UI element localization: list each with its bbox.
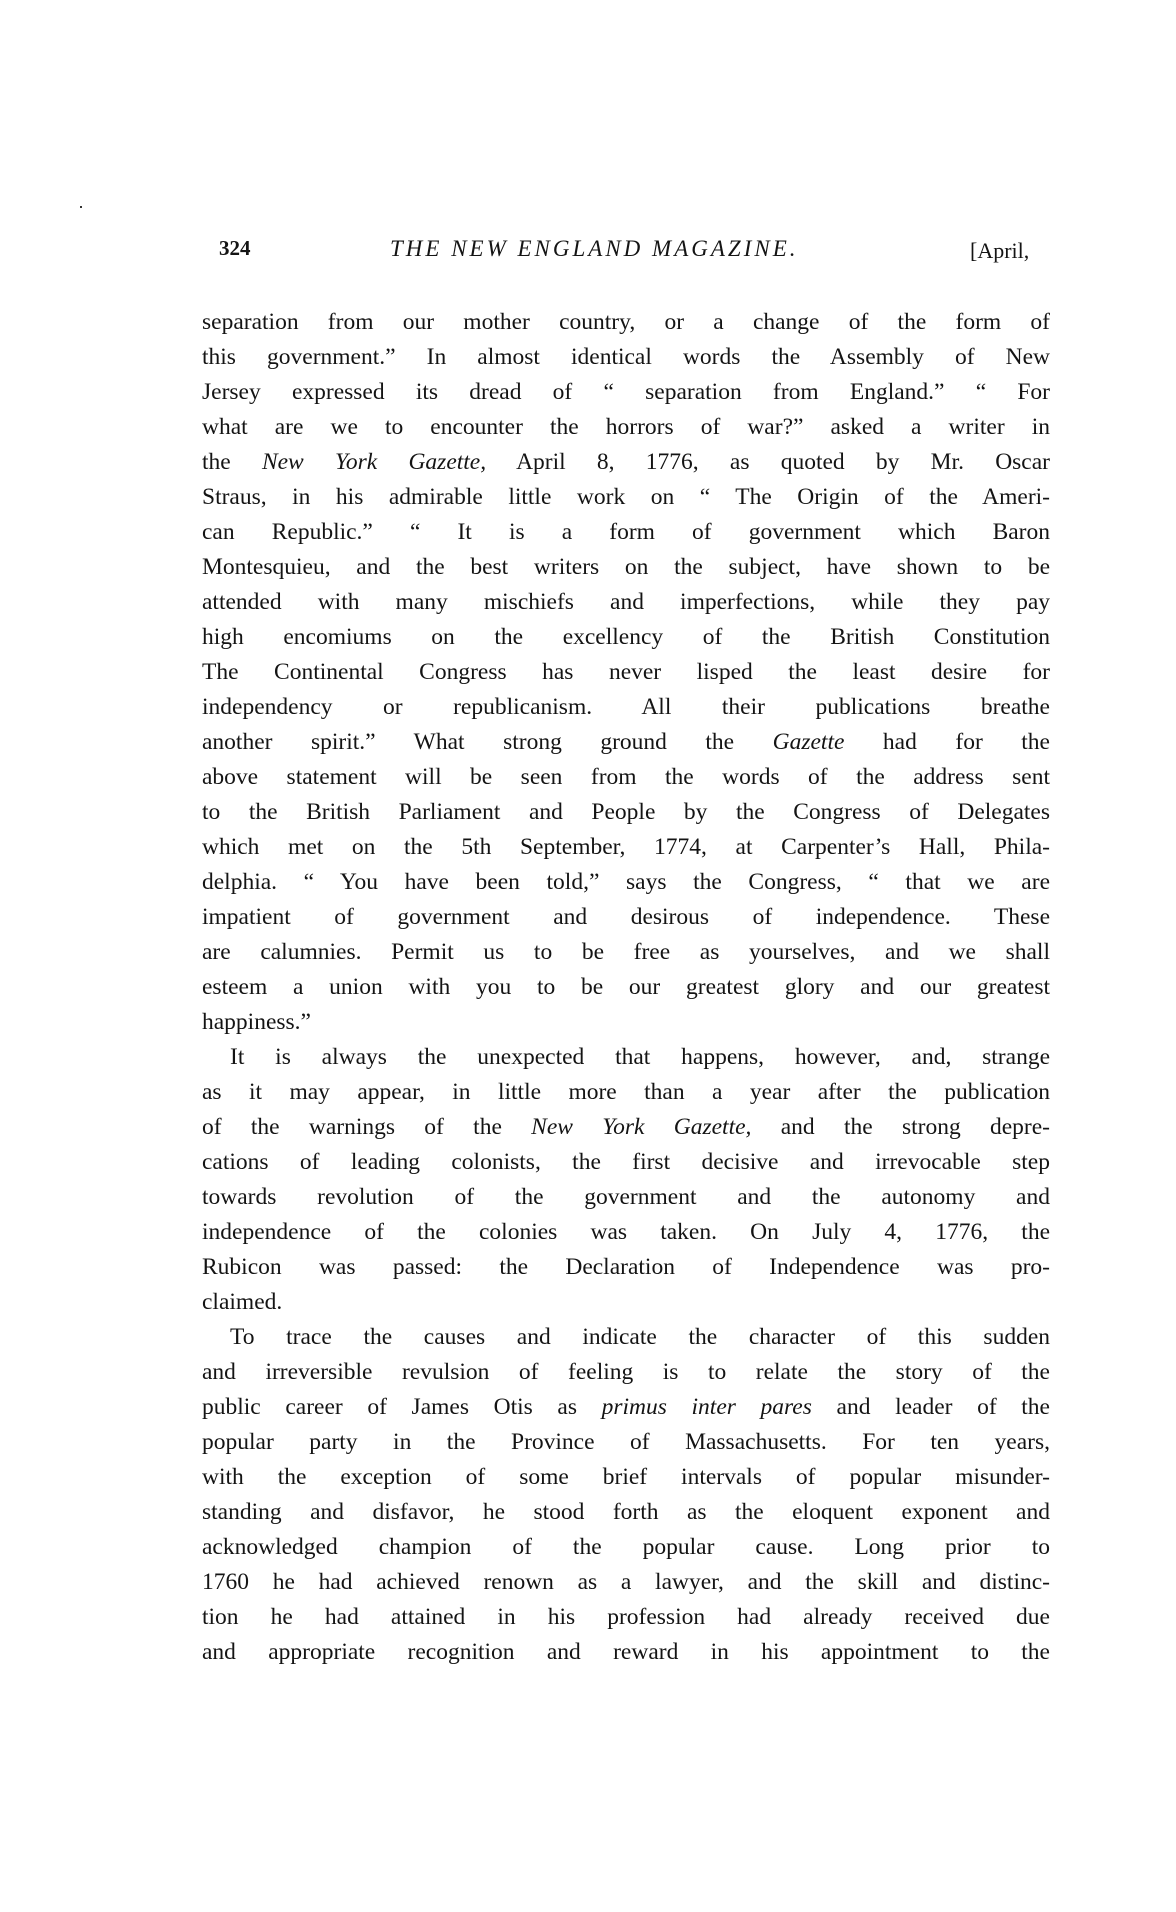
line-text: with the exception of some brief interva…	[202, 1464, 1050, 1490]
line-text: claimed.	[202, 1289, 282, 1315]
line-text: of the warnings of the	[202, 1114, 531, 1140]
text-line: as it may appear, in little more than a …	[202, 1075, 1050, 1110]
text-line: The Continental Congress has never lispe…	[202, 655, 1050, 690]
line-content: public career of James Otis as primus in…	[202, 1390, 1050, 1425]
text-line: acknowledged champion of the popular cau…	[202, 1530, 1050, 1565]
line-text: tion he had attained in his profession h…	[202, 1604, 1050, 1630]
line-content: above statement will be seen from the wo…	[202, 760, 1050, 795]
line-content: 1760 he had achieved renown as a lawyer,…	[202, 1565, 1050, 1600]
line-text: standing and disfavor, he stood forth as…	[202, 1499, 1050, 1525]
line-text: what are we to encounter the horrors of …	[202, 414, 1050, 440]
text-line: Straus, in his admirable little work on …	[202, 480, 1050, 515]
line-content: this government.” In almost identical wo…	[202, 340, 1050, 375]
line-content: Rubicon was passed: the Declaration of I…	[202, 1250, 1050, 1285]
text-line: Montesquieu, and the best writers on the…	[202, 550, 1050, 585]
text-line: cations of leading colonists, the first …	[202, 1145, 1050, 1180]
text-line: high encomiums on the excellency of the …	[202, 620, 1050, 655]
line-content: attended with many mischiefs and imperfe…	[202, 585, 1050, 620]
line-text: another spirit.” What strong ground the	[202, 729, 773, 755]
italic-title: primus inter pares	[602, 1394, 812, 1420]
line-content: towards revolution of the government and…	[202, 1180, 1050, 1215]
line-text: impatient of government and desirous of …	[202, 904, 1050, 930]
text-line: above statement will be seen from the wo…	[202, 760, 1050, 795]
text-line: claimed.	[202, 1285, 1050, 1320]
line-content: Straus, in his admirable little work on …	[202, 480, 1050, 515]
line-text: It is always the unexpected that happens…	[230, 1044, 1050, 1070]
line-text: Straus, in his admirable little work on …	[202, 484, 1050, 510]
text-line: independency or republicanism. All their…	[202, 690, 1050, 725]
line-text: high encomiums on the excellency of the …	[202, 624, 1050, 650]
line-text: above statement will be seen from the wo…	[202, 764, 1050, 790]
line-content: high encomiums on the excellency of the …	[202, 620, 1050, 655]
line-text: to the British Parliament and People by …	[202, 799, 1050, 825]
line-content: impatient of government and desirous of …	[202, 900, 1050, 935]
text-line: with the exception of some brief interva…	[202, 1460, 1050, 1495]
text-line: this government.” In almost identical wo…	[202, 340, 1050, 375]
text-line: the New York Gazette, April 8, 1776, as …	[202, 445, 1050, 480]
line-content: cations of leading colonists, the first …	[202, 1145, 1050, 1180]
text-line: which met on the 5th September, 1774, at…	[202, 830, 1050, 865]
line-content: what are we to encounter the horrors of …	[202, 410, 1050, 445]
line-content: another spirit.” What strong ground the …	[202, 725, 1050, 760]
line-text: The Continental Congress has never lispe…	[202, 659, 1050, 685]
text-line: of the warnings of the New York Gazette,…	[202, 1110, 1050, 1145]
line-content: esteem a union with you to be our greate…	[202, 970, 1050, 1005]
text-line: popular party in the Province of Massach…	[202, 1425, 1050, 1460]
line-text: acknowledged champion of the popular cau…	[202, 1534, 1050, 1560]
text-line: tion he had attained in his profession h…	[202, 1600, 1050, 1635]
line-text: and irreversible revulsion of feeling is…	[202, 1359, 1050, 1385]
line-text: delphia. “ You have been told,” says the…	[202, 869, 1050, 895]
text-line: public career of James Otis as primus in…	[202, 1390, 1050, 1425]
line-content: and irreversible revulsion of feeling is…	[202, 1355, 1050, 1390]
line-text: as it may appear, in little more than a …	[202, 1079, 1050, 1105]
line-text: and the strong depre-	[751, 1114, 1050, 1140]
line-content: delphia. “ You have been told,” says the…	[202, 865, 1050, 900]
issue-month: [April,	[970, 238, 1029, 264]
text-line: towards revolution of the government and…	[202, 1180, 1050, 1215]
text-line: what are we to encounter the horrors of …	[202, 410, 1050, 445]
text-line: Rubicon was passed: the Declaration of I…	[202, 1250, 1050, 1285]
line-text: Jersey expressed its dread of “ separati…	[202, 379, 1050, 405]
line-content: Montesquieu, and the best writers on the…	[202, 550, 1050, 585]
line-content: separation from our mother country, or a…	[202, 305, 1050, 340]
text-line: to the British Parliament and People by …	[202, 795, 1050, 830]
line-content: are calumnies. Permit us to be free as y…	[202, 935, 1050, 970]
line-text: April 8, 1776, as quoted by Mr. Oscar	[486, 449, 1050, 475]
text-line: and appropriate recognition and reward i…	[202, 1635, 1050, 1670]
text-line: standing and disfavor, he stood forth as…	[202, 1495, 1050, 1530]
line-text: separation from our mother country, or a…	[202, 309, 1050, 335]
line-text: can Republic.” “ It is a form of governm…	[202, 519, 1050, 545]
text-line: are calumnies. Permit us to be free as y…	[202, 935, 1050, 970]
running-head: 324 THE NEW ENGLAND MAGAZINE. [April,	[0, 236, 1176, 266]
paragraph-first-line: It is always the unexpected that happens…	[202, 1040, 1050, 1075]
line-text: popular party in the Province of Massach…	[202, 1429, 1050, 1455]
text-line: another spirit.” What strong ground the …	[202, 725, 1050, 760]
line-content: claimed.	[202, 1285, 1050, 1320]
line-text: towards revolution of the government and…	[202, 1184, 1050, 1210]
line-text: independency or republicanism. All their…	[202, 694, 1050, 720]
line-content: standing and disfavor, he stood forth as…	[202, 1495, 1050, 1530]
journal-title: THE NEW ENGLAND MAGAZINE.	[390, 236, 799, 262]
line-content: tion he had attained in his profession h…	[202, 1600, 1050, 1635]
text-line: 1760 he had achieved renown as a lawyer,…	[202, 1565, 1050, 1600]
line-text: To trace the causes and indicate the cha…	[230, 1324, 1050, 1350]
line-content: and appropriate recognition and reward i…	[202, 1635, 1050, 1670]
line-text: Rubicon was passed: the Declaration of I…	[202, 1254, 1050, 1280]
italic-title: New York Gazette,	[531, 1114, 751, 1140]
line-text: public career of James Otis as	[202, 1394, 602, 1420]
paragraph-first-line: To trace the causes and indicate the cha…	[202, 1320, 1050, 1355]
line-content: to the British Parliament and People by …	[202, 795, 1050, 830]
text-line: separation from our mother country, or a…	[202, 305, 1050, 340]
line-content: To trace the causes and indicate the cha…	[230, 1320, 1050, 1355]
line-content: Jersey expressed its dread of “ separati…	[202, 375, 1050, 410]
line-content: independency or republicanism. All their…	[202, 690, 1050, 725]
text-line: happiness.”	[202, 1005, 1050, 1040]
line-content: which met on the 5th September, 1774, at…	[202, 830, 1050, 865]
line-text: had for the	[844, 729, 1050, 755]
line-text: happiness.”	[202, 1009, 311, 1035]
text-line: attended with many mischiefs and imperfe…	[202, 585, 1050, 620]
line-text: which met on the 5th September, 1774, at…	[202, 834, 1050, 860]
line-text: independence of the colonies was taken. …	[202, 1219, 1050, 1245]
text-line: impatient of government and desirous of …	[202, 900, 1050, 935]
line-content: of the warnings of the New York Gazette,…	[202, 1110, 1050, 1145]
page-number: 324	[219, 236, 251, 261]
text-line: esteem a union with you to be our greate…	[202, 970, 1050, 1005]
line-text: the	[202, 449, 262, 475]
line-content: acknowledged champion of the popular cau…	[202, 1530, 1050, 1565]
line-content: The Continental Congress has never lispe…	[202, 655, 1050, 690]
line-content: the New York Gazette, April 8, 1776, as …	[202, 445, 1050, 480]
text-line: independence of the colonies was taken. …	[202, 1215, 1050, 1250]
line-text: and appropriate recognition and reward i…	[202, 1639, 1050, 1665]
text-line: and irreversible revulsion of feeling is…	[202, 1355, 1050, 1390]
line-text: esteem a union with you to be our greate…	[202, 974, 1050, 1000]
body-text: separation from our mother country, or a…	[202, 305, 1050, 1670]
line-text: this government.” In almost identical wo…	[202, 344, 1050, 370]
line-text: cations of leading colonists, the first …	[202, 1149, 1050, 1175]
italic-title: New York Gazette,	[262, 449, 486, 475]
line-content: independence of the colonies was taken. …	[202, 1215, 1050, 1250]
italic-title: Gazette	[773, 729, 845, 755]
line-content: as it may appear, in little more than a …	[202, 1075, 1050, 1110]
line-content: happiness.”	[202, 1005, 1050, 1040]
scan-speck	[80, 206, 82, 208]
line-content: with the exception of some brief interva…	[202, 1460, 1050, 1495]
text-line: can Republic.” “ It is a form of governm…	[202, 515, 1050, 550]
line-text: 1760 he had achieved renown as a lawyer,…	[202, 1569, 1050, 1595]
line-text: and leader of the	[812, 1394, 1050, 1420]
line-text: attended with many mischiefs and imperfe…	[202, 589, 1050, 615]
line-content: can Republic.” “ It is a form of governm…	[202, 515, 1050, 550]
text-line: Jersey expressed its dread of “ separati…	[202, 375, 1050, 410]
line-text: are calumnies. Permit us to be free as y…	[202, 939, 1050, 965]
line-text: Montesquieu, and the best writers on the…	[202, 554, 1050, 580]
text-line: delphia. “ You have been told,” says the…	[202, 865, 1050, 900]
line-content: It is always the unexpected that happens…	[230, 1040, 1050, 1075]
line-content: popular party in the Province of Massach…	[202, 1425, 1050, 1460]
